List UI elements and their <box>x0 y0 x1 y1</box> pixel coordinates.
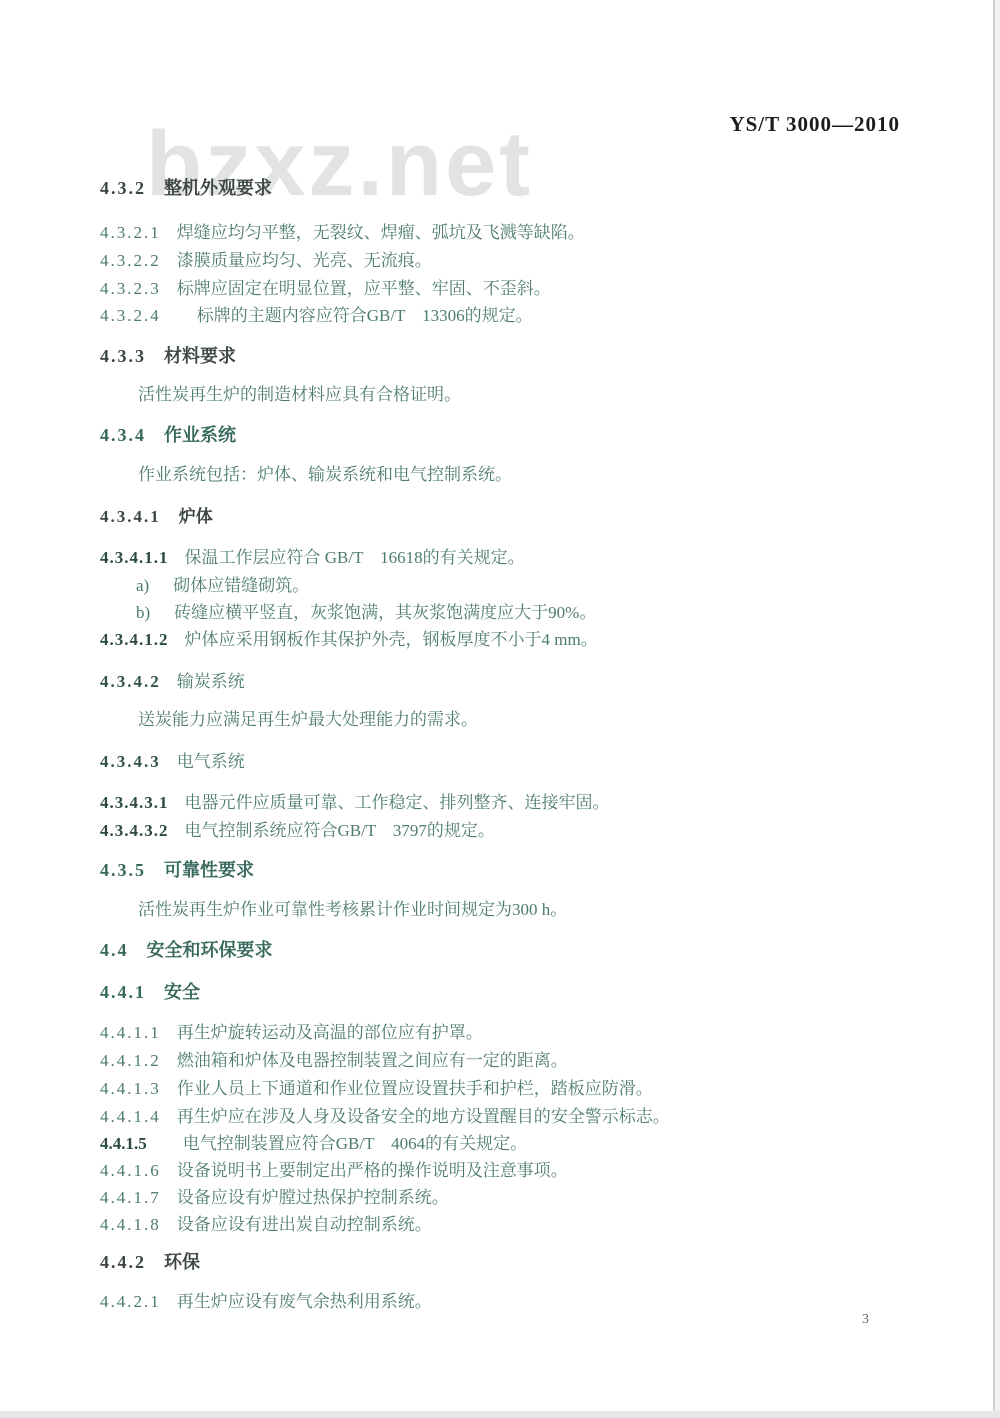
paragraph: 活性炭再生炉的制造材料应具有合格证明。 <box>138 380 461 405</box>
clause-line: 4.4.1.2燃油箱和炉体及电器控制装置之间应有一定的距离。 <box>100 1046 568 1071</box>
clause-line: 4.3.2.2漆膜质量应均匀、光亮、无流痕。 <box>100 246 432 271</box>
clause-text: 设备应设有炉膛过热保护控制系统。 <box>177 1188 449 1207</box>
clause-line: 4.4.1.4再生炉应在涉及人身及设备安全的地方设置醒目的安全警示标志。 <box>100 1102 670 1127</box>
list-marker: a) <box>136 576 149 595</box>
clause-number: 4.3.2.1 <box>100 223 161 242</box>
list-item: b)砖缝应横平竖直，灰浆饱满，其灰浆饱满度应大于90%。 <box>136 598 596 623</box>
clause-number: 4.4.1.8 <box>100 1215 161 1234</box>
clause-title: 环保 <box>164 1252 200 1272</box>
clause-text: 标牌应固定在明显位置，应平整、牢固、不歪斜。 <box>177 279 551 298</box>
clause-text: 设备应设有进出炭自动控制系统。 <box>177 1215 432 1234</box>
clause-line: 4.4.1.7设备应设有炉膛过热保护控制系统。 <box>100 1183 449 1208</box>
clause-text: 燃油箱和炉体及电器控制装置之间应有一定的距离。 <box>177 1051 568 1070</box>
clause-title: 作业系统 <box>164 425 236 445</box>
section-heading: 4.3.5可靠性要求 <box>100 856 254 882</box>
section-heading: 4.4安全和环保要求 <box>100 936 273 962</box>
clause-text: 再生炉应在涉及人身及设备安全的地方设置醒目的安全警示标志。 <box>177 1107 670 1126</box>
section-heading: 4.3.4.2输炭系统 <box>100 667 245 692</box>
list-marker: b) <box>136 603 150 622</box>
clause-line: 4.4.1.6设备说明书上要制定出严格的操作说明及注意事项。 <box>100 1156 568 1181</box>
clause-number: 4.3.4.1.1 <box>100 548 169 567</box>
clause-number: 4.4.1.3 <box>100 1079 161 1098</box>
section-heading: 4.4.1安全 <box>100 978 200 1004</box>
clause-line: 4.4.2.1再生炉应设有废气余热利用系统。 <box>100 1287 432 1312</box>
clause-line: 4.4.1.8设备应设有进出炭自动控制系统。 <box>100 1210 432 1235</box>
doc-header-standard-number: YS/T 3000—2010 <box>729 112 900 137</box>
clause-number: 4.3.4.3.2 <box>100 821 169 840</box>
clause-number: 4.4.2 <box>100 1252 146 1272</box>
clause-line: 4.3.4.3.1电器元件应质量可靠、工作稳定、排列整齐、连接牢固。 <box>100 788 610 813</box>
page-edge-right-line <box>993 0 995 1412</box>
clause-text: 漆膜质量应均匀、光亮、无流痕。 <box>177 251 432 270</box>
list-item: a)砌体应错缝砌筑。 <box>136 571 309 596</box>
clause-number: 4.4 <box>100 940 129 960</box>
clause-title: 炉体 <box>179 507 213 526</box>
clause-number: 4.3.4.1.2 <box>100 630 169 649</box>
paragraph-text: 作业系统包括：炉体、输炭系统和电气控制系统。 <box>138 465 512 484</box>
clause-number: 4.3.4.3.1 <box>100 793 169 812</box>
clause-number: 4.4.1.5 <box>100 1134 147 1153</box>
clause-line: 4.3.2.4标牌的主题内容应符合GB/T 13306的规定。 <box>100 301 533 326</box>
clause-line: 4.3.4.1.1保温工作层应符合 GB/T 16618的有关规定。 <box>100 543 525 568</box>
clause-number: 4.3.2.3 <box>100 279 161 298</box>
clause-title: 输炭系统 <box>177 672 245 691</box>
clause-text: 标牌的主题内容应符合GB/T 13306的规定。 <box>197 306 533 325</box>
clause-text: 电气控制系统应符合GB/T 3797的规定。 <box>185 821 495 840</box>
paragraph-text: 送炭能力应满足再生炉最大处理能力的需求。 <box>138 710 478 729</box>
clause-title: 可靠性要求 <box>164 860 254 880</box>
clause-number: 4.4.1.7 <box>100 1188 161 1207</box>
clause-text: 再生炉应设有废气余热利用系统。 <box>177 1292 432 1311</box>
clause-text: 电器元件应质量可靠、工作稳定、排列整齐、连接牢固。 <box>185 793 610 812</box>
clause-text: 作业人员上下通道和作业位置应设置扶手和护栏，踏板应防滑。 <box>177 1079 653 1098</box>
paragraph-text: 活性炭再生炉作业可靠性考核累计作业时间规定为300 h。 <box>138 900 567 919</box>
list-text: 砖缝应横平竖直，灰浆饱满，其灰浆饱满度应大于90%。 <box>174 603 596 622</box>
clause-line: 4.3.2.3标牌应固定在明显位置，应平整、牢固、不歪斜。 <box>100 274 551 299</box>
clause-text: 保温工作层应符合 GB/T 16618的有关规定。 <box>185 548 525 567</box>
clause-line: 4.4.1.5电气控制装置应符合GB/T 4064的有关规定。 <box>100 1129 527 1154</box>
clause-text: 焊缝应均匀平整，无裂纹、焊瘤、弧坑及飞溅等缺陷。 <box>177 223 585 242</box>
clause-title: 材料要求 <box>164 346 236 366</box>
clause-text: 再生炉旋转运动及高温的部位应有护罩。 <box>177 1023 483 1042</box>
clause-line: 4.3.4.1.2炉体应采用钢板作其保护外壳，钢板厚度不小于4 mm。 <box>100 625 598 650</box>
paragraph: 作业系统包括：炉体、输炭系统和电气控制系统。 <box>138 460 512 485</box>
document-page: bzxz.net YS/T 3000—2010 4.3.2整机外观要求 4.3.… <box>0 0 1000 1418</box>
clause-number: 4.4.1 <box>100 982 146 1002</box>
clause-line: 4.4.1.1再生炉旋转运动及高温的部位应有护罩。 <box>100 1018 483 1043</box>
clause-number: 4.3.2.2 <box>100 251 161 270</box>
section-heading: 4.3.3材料要求 <box>100 342 236 368</box>
paragraph-text: 活性炭再生炉的制造材料应具有合格证明。 <box>138 385 461 404</box>
clause-text: 炉体应采用钢板作其保护外壳，钢板厚度不小于4 mm。 <box>185 630 598 649</box>
section-heading: 4.3.4.1炉体 <box>100 502 213 527</box>
clause-line: 4.3.4.3.2电气控制系统应符合GB/T 3797的规定。 <box>100 816 495 841</box>
watermark: bzxz.net <box>146 112 533 217</box>
paragraph: 送炭能力应满足再生炉最大处理能力的需求。 <box>138 705 478 730</box>
clause-number: 4.3.3 <box>100 346 146 366</box>
clause-number: 4.4.2.1 <box>100 1292 161 1311</box>
clause-number: 4.3.4.2 <box>100 672 161 691</box>
clause-text: 电气控制装置应符合GB/T 4064的有关规定。 <box>183 1134 527 1153</box>
clause-title: 整机外观要求 <box>164 178 272 198</box>
clause-line: 4.3.2.1焊缝应均匀平整，无裂纹、焊瘤、弧坑及飞溅等缺陷。 <box>100 218 585 243</box>
page-number: 3 <box>862 1312 869 1328</box>
section-heading: 4.4.2环保 <box>100 1248 200 1274</box>
clause-number: 4.3.4.3 <box>100 752 161 771</box>
section-heading: 4.3.4.3电气系统 <box>100 747 245 772</box>
clause-number: 4.3.4.1 <box>100 507 161 526</box>
clause-number: 4.3.4 <box>100 425 146 445</box>
clause-title: 电气系统 <box>177 752 245 771</box>
clause-number: 4.3.5 <box>100 860 146 880</box>
clause-title: 安全和环保要求 <box>147 940 273 960</box>
paragraph: 活性炭再生炉作业可靠性考核累计作业时间规定为300 h。 <box>138 895 567 920</box>
clause-number: 4.3.2 <box>100 178 146 198</box>
section-heading: 4.3.2整机外观要求 <box>100 174 272 200</box>
clause-number: 4.4.1.6 <box>100 1161 161 1180</box>
section-heading: 4.3.4作业系统 <box>100 421 236 447</box>
clause-number: 4.4.1.1 <box>100 1023 161 1042</box>
clause-number: 4.4.1.4 <box>100 1107 161 1126</box>
list-text: 砌体应错缝砌筑。 <box>173 576 309 595</box>
clause-line: 4.4.1.3作业人员上下通道和作业位置应设置扶手和护栏，踏板应防滑。 <box>100 1074 653 1099</box>
clause-title: 安全 <box>164 982 200 1002</box>
page-edge-bottom <box>0 1411 1000 1418</box>
clause-number: 4.3.2.4 <box>100 306 161 325</box>
clause-number: 4.4.1.2 <box>100 1051 161 1070</box>
page-edge-right-fill <box>995 0 1000 1418</box>
clause-text: 设备说明书上要制定出严格的操作说明及注意事项。 <box>177 1161 568 1180</box>
